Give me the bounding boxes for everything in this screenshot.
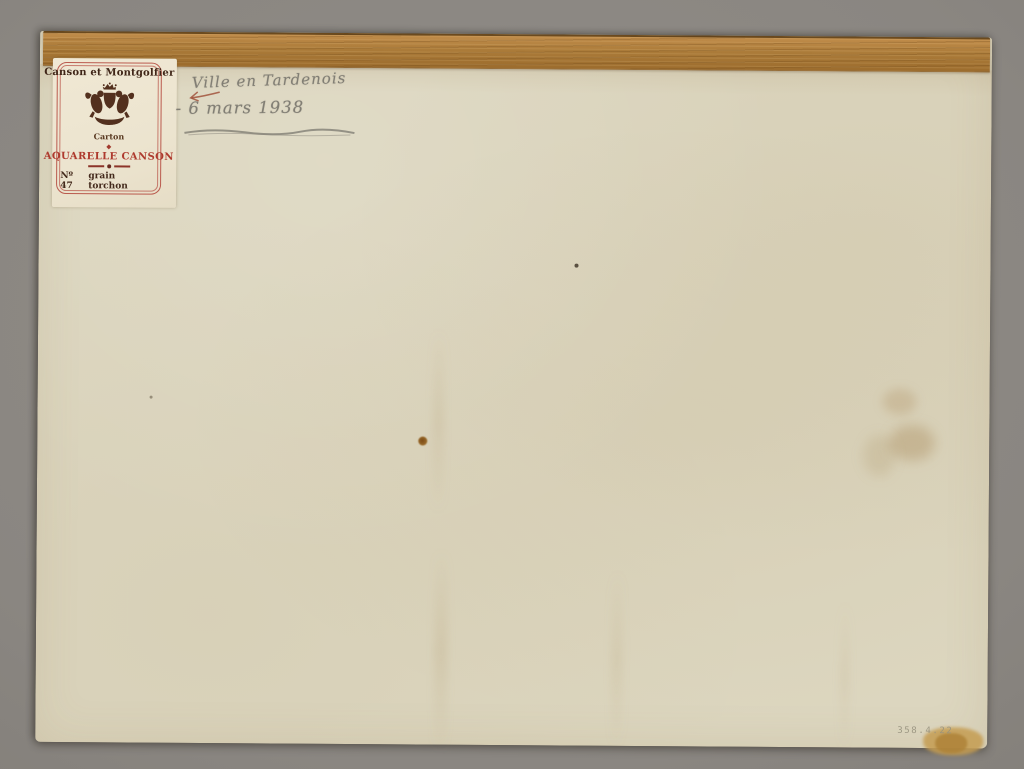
stain-right-upper	[882, 389, 916, 415]
faint-streak	[610, 570, 623, 750]
maker-label: Canson et Montgolfier Carto	[52, 58, 177, 208]
faint-streak	[839, 601, 850, 751]
label-brand: AQUARELLE CANSON	[44, 151, 174, 163]
accession-number: 358.4.22	[897, 726, 953, 736]
stain-right-faint	[863, 435, 895, 477]
canson-coat-of-arms-icon	[79, 80, 139, 130]
faint-streak	[433, 549, 448, 754]
brown-spot	[418, 437, 427, 446]
label-product-number: Nº 47	[60, 171, 88, 191]
label-number-row: Nº 47 grain torchon	[60, 171, 157, 192]
line-dot-divider-icon	[88, 164, 130, 168]
pencil-date-inscription: - 6 mars 1938	[176, 98, 305, 118]
stain-right-lower	[889, 425, 935, 461]
faint-streak	[432, 329, 445, 514]
label-material: Carton	[94, 131, 125, 141]
diamond-ornament-icon	[106, 144, 111, 149]
label-grain-type: grain torchon	[88, 171, 157, 191]
label-maker-name: Canson et Montgolfier	[44, 67, 174, 79]
dark-speck	[575, 264, 579, 268]
discoloration-band	[40, 64, 992, 97]
small-speck	[150, 396, 153, 399]
artwork-verso-sheet: Canson et Montgolfier Carto	[35, 31, 992, 749]
label-content: Canson et Montgolfier Carto	[56, 62, 162, 195]
pencil-underline	[182, 125, 358, 140]
